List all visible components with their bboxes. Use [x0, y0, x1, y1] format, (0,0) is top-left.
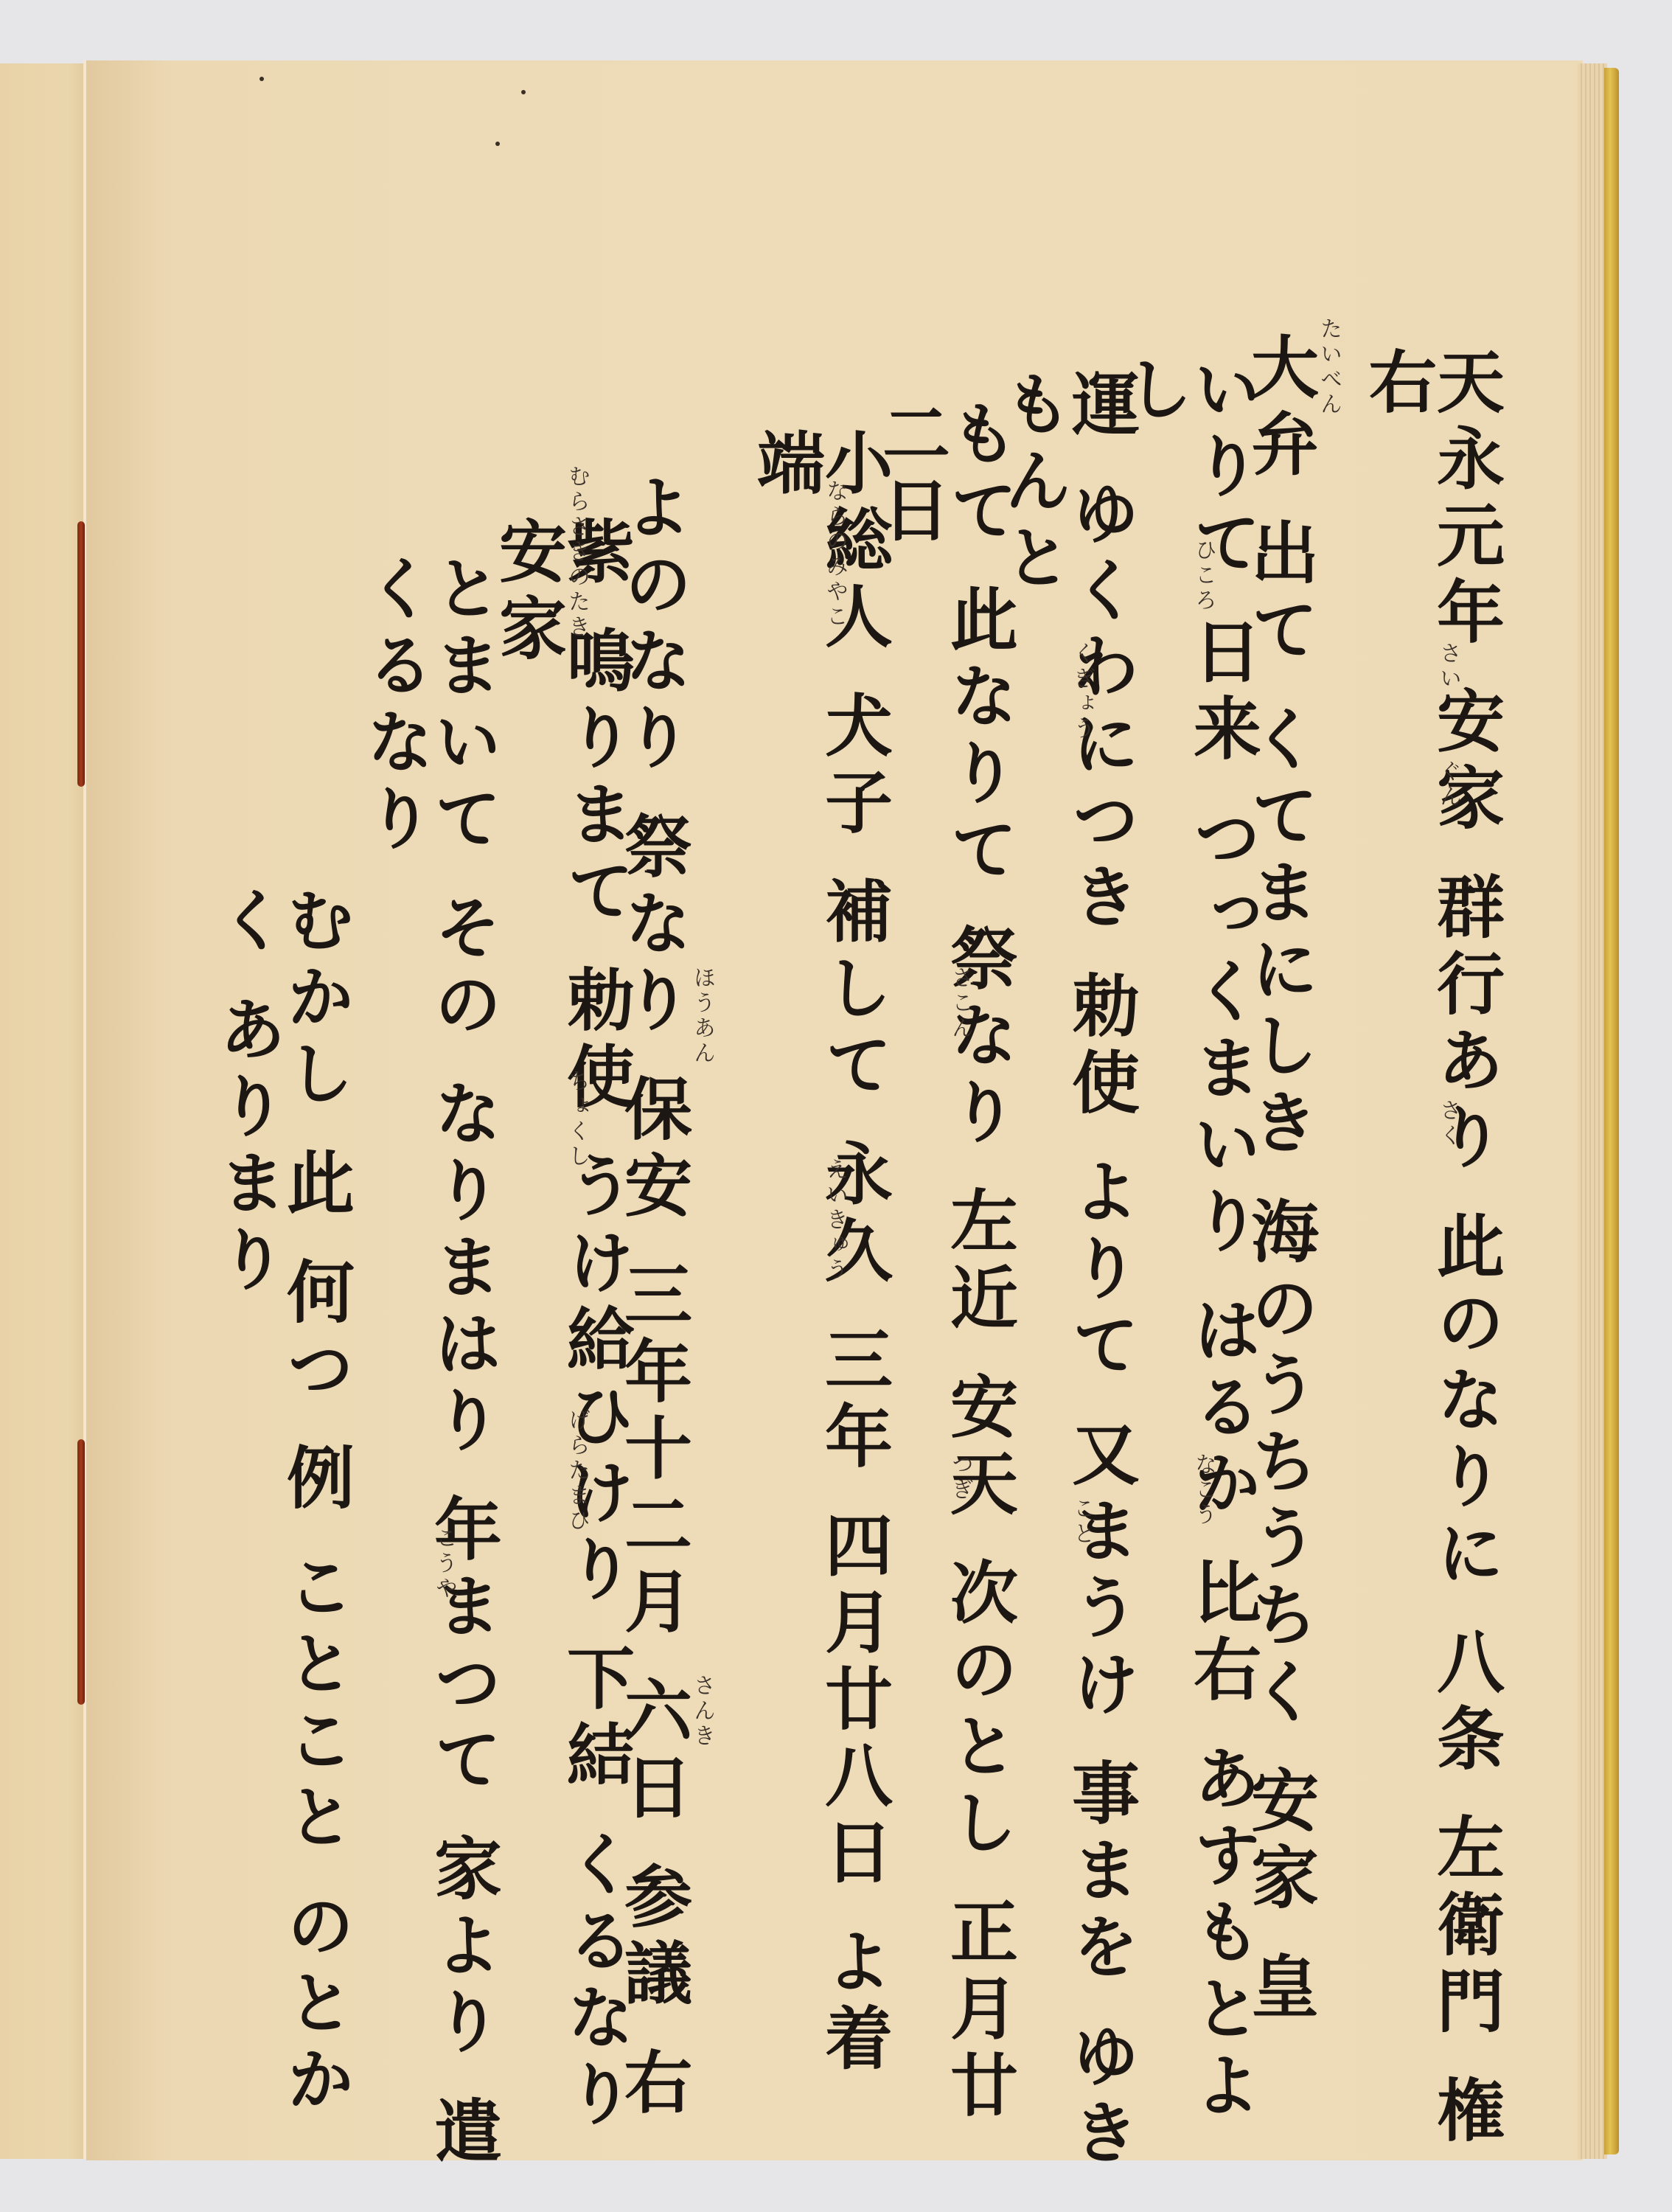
paper-speck [259, 77, 264, 81]
ruby-column-3: ひころ [1187, 538, 1219, 613]
text-column-10: むかし 此 何つ 例 ことこと のとかく ありまり [214, 885, 349, 2175]
page-stack-edge [1578, 63, 1607, 2159]
ruby-column-1: さく [1432, 1099, 1464, 1149]
ruby-column-8: むらさきのたき [560, 465, 593, 640]
ruby-column-8: ちょくし [560, 1069, 593, 1169]
ruby-column-1: ぐん [1432, 759, 1464, 810]
ruby-column-6: えいきゅう [818, 1158, 851, 1283]
text-column-1: 天永元年 安家 群行あり 此のなりに 八条 左衛門 権右 [1364, 347, 1499, 2175]
ruby-column-5: つぎ [944, 1453, 976, 1503]
binding-thread-upper [77, 521, 85, 787]
text-column-4: 運 ゆくわにつき 勅使 よりて 又まうけ 事まを ゆきもんと [999, 369, 1135, 2175]
ruby-column-4: くぎょう [1065, 641, 1098, 742]
ruby-column-8: げらたまひ [560, 1408, 593, 1534]
paper-speck [521, 90, 526, 94]
gilt-fore-edge [1604, 68, 1619, 2154]
text-column-8: 紫 鳴りまて 勅使 うけ給ひけり 下結 くるなり 安家 [494, 516, 630, 2175]
text-column-6: 小総人 犬子 補して 永久 三年 四月廿八日 よ着 端 [752, 428, 888, 2175]
ruby-column-5: さこん [944, 966, 976, 1041]
ruby-column-9: こうや [428, 1526, 460, 1601]
text-column-9: とまいて その なりまはり 年まつて 家より 遣くるなり [361, 553, 497, 2175]
text-column-3: いりて 日来 つっくまいり はるか 比右 あすもとよし [1121, 354, 1256, 2175]
ruby-column-3: なこう [1187, 1453, 1219, 1528]
ruby-column-2: たいべん [1312, 317, 1345, 417]
ruby-column-7: さんき [686, 1674, 718, 1749]
binding-thread-lower [77, 1439, 85, 1705]
ruby-column-7: ほうあん [686, 966, 718, 1066]
paper-speck [495, 142, 500, 146]
left-page [0, 63, 85, 2159]
ruby-column-6: ならのみやこ [818, 479, 851, 630]
text-column-5: もて 此なりて 祭なり 左近 安天 次のとし 正月廿二日 [877, 398, 1013, 2175]
ruby-column-4: こと [1065, 1497, 1098, 1547]
ruby-column-1: さい [1432, 641, 1464, 692]
manuscript-text: 天永元年 安家 群行あり 此のなりに 八条 左衛門 権右 さい ぐん さく 大弁… [170, 258, 1541, 2175]
